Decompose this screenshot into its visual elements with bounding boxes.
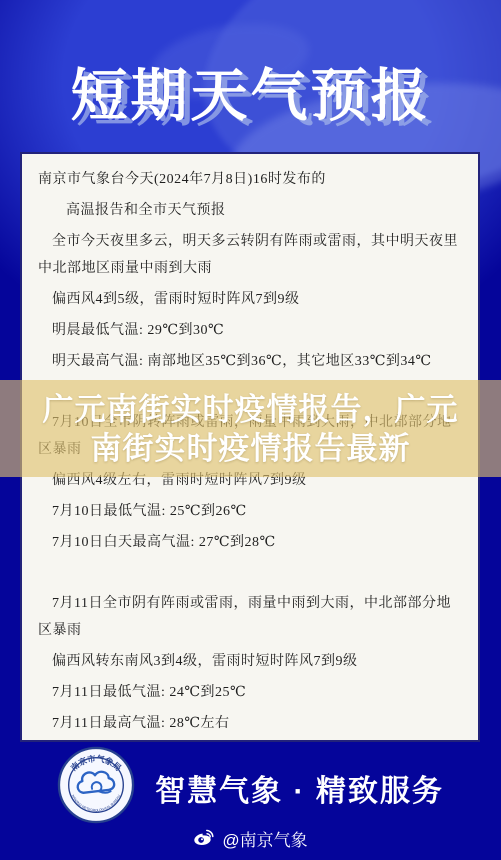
weibo-icon (193, 827, 215, 851)
weibo-handle: @南京气象 (222, 826, 307, 851)
weather-forecast-poster: 短期天气预报 南京市气象台今天(2024年7月8日)16时发布的 高温报告和全市… (0, 0, 501, 860)
footer-brand-row: 南京市气象局 NANJING METEOROLOGICAL BUREAU 智慧气… (0, 746, 501, 829)
meteorological-bureau-logo: 南京市气象局 NANJING METEOROLOGICAL BUREAU (57, 746, 135, 829)
forecast-line: 明晨最低气温: 29℃到30℃ (38, 317, 464, 344)
forecast-line: 7月10日最低气温: 25℃到26℃ (38, 498, 464, 525)
forecast-line: 7月11日全市阴有阵雨或雷雨，雨量中雨到大雨，中北部部分地区暴雨 (38, 590, 464, 644)
forecast-line-subtitle: 高温报告和全市天气预报 (38, 197, 464, 224)
forecast-line: 全市今天夜里多云，明天多云转阴有阵雨或雷雨，其中明天夜里中北部地区雨量中雨到大雨 (38, 228, 464, 282)
forecast-line: 7月11日最低气温: 24℃到25℃ (38, 679, 464, 706)
forecast-line: 7月11日最高气温: 28℃左右 (38, 710, 464, 737)
forecast-line: 7月10日白天最高气温: 27℃到28℃ (38, 529, 464, 556)
bureau-seal-icon: 南京市气象局 NANJING METEOROLOGICAL BUREAU (57, 746, 135, 824)
poster-title: 短期天气预报 (0, 50, 501, 132)
watermark-text-line2: 南街实时疫情报告最新 (91, 429, 411, 468)
footer-weibo-row: @南京气象 (0, 826, 501, 851)
brand-slogan: 智慧气象 · 精致服务 (155, 766, 444, 810)
watermark-text-line1: 广元南街实时疫情报告，广元 (43, 390, 459, 429)
forecast-line: 偏西风转东南风3到4级，雷雨时短时阵风7到9级 (38, 648, 464, 675)
forecast-line: 明天最高气温: 南部地区35℃到36℃，其它地区33℃到34℃ (38, 348, 464, 375)
forecast-line: 偏西风4到5级，雷雨时短时阵风7到9级 (38, 286, 464, 313)
watermark-overlay: 广元南街实时疫情报告，广元 南街实时疫情报告最新 (0, 380, 501, 477)
forecast-line-issued: 南京市气象台今天(2024年7月8日)16时发布的 (38, 166, 464, 193)
